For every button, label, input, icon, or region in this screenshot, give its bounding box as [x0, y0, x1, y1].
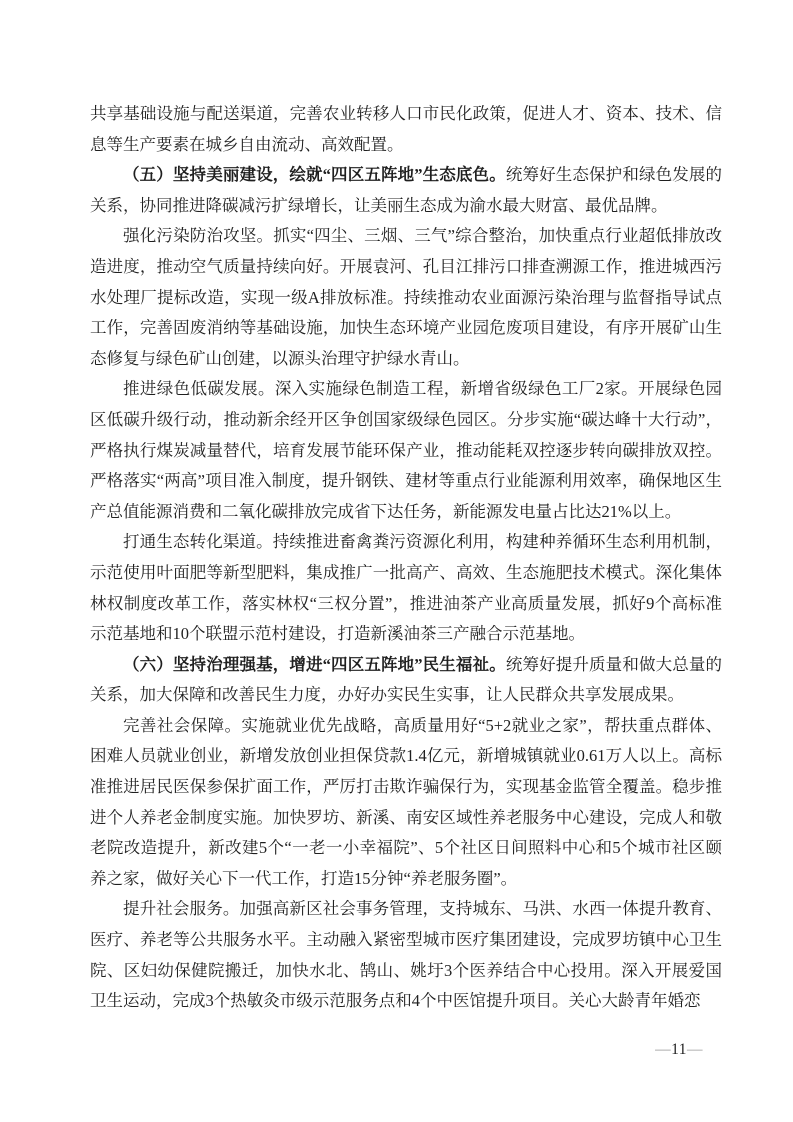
body-text-run: 共享基础设施与配送渠道，完善农业转移人口市民化政策，促进人才、资本、技术、信息等…: [90, 104, 722, 154]
page-number-right-dash: —: [687, 1041, 703, 1058]
paragraph: 提升社会服务。加强高新区社会事务管理，支持城东、马洪、水西一体提升教育、医疗、养…: [90, 894, 722, 1016]
section-heading-run: （五）坚持美丽建设，绘就“四区五阵地”生态底色。: [123, 165, 506, 184]
body-text-run: 完善社会保障。实施就业优先战略，高质量用好“5+2就业之家”，帮扶重点群体、困难…: [90, 716, 722, 888]
body-text-run: 强化污染防治攻坚。抓实“四尘、三烟、三气”综合整治，加快重点行业超低排放改造进度…: [90, 226, 722, 367]
paragraph: （五）坚持美丽建设，绘就“四区五阵地”生态底色。统筹好生态保护和绿色发展的关系，…: [90, 160, 722, 221]
paragraph: （六）坚持治理强基，增进“四区五阵地”民生福祉。统筹好提升质量和做大总量的关系，…: [90, 650, 722, 711]
page-number: —11—: [655, 1041, 703, 1059]
paragraph: 打通生态转化渠道。持续推进畜禽粪污资源化利用，构建种养循环生态利用机制，示范使用…: [90, 527, 722, 649]
body-text-run: 打通生态转化渠道。持续推进畜禽粪污资源化利用，构建种养循环生态利用机制，示范使用…: [90, 532, 722, 643]
document-body: 共享基础设施与配送渠道，完善农业转移人口市民化政策，促进人才、资本、技术、信息等…: [90, 99, 722, 1017]
section-heading-run: （六）坚持治理强基，增进“四区五阵地”民生福祉。: [123, 655, 506, 674]
paragraph: 推进绿色低碳发展。深入实施绿色制造工程，新增省级绿色工厂2家。开展绿色园区低碳升…: [90, 374, 722, 527]
page-number-value: 11: [671, 1041, 687, 1058]
paragraph: 完善社会保障。实施就业优先战略，高质量用好“5+2就业之家”，帮扶重点群体、困难…: [90, 711, 722, 895]
document-page: 共享基础设施与配送渠道，完善农业转移人口市民化政策，促进人才、资本、技术、信息等…: [0, 0, 793, 1122]
body-text-run: 推进绿色低碳发展。深入实施绿色制造工程，新增省级绿色工厂2家。开展绿色园区低碳升…: [90, 379, 722, 520]
page-number-left-dash: —: [655, 1041, 671, 1058]
paragraph: 强化污染防治攻坚。抓实“四尘、三烟、三气”综合整治，加快重点行业超低排放改造进度…: [90, 221, 722, 374]
body-text-run: 提升社会服务。加强高新区社会事务管理，支持城东、马洪、水西一体提升教育、医疗、养…: [90, 899, 722, 1010]
paragraph: 共享基础设施与配送渠道，完善农业转移人口市民化政策，促进人才、资本、技术、信息等…: [90, 99, 722, 160]
